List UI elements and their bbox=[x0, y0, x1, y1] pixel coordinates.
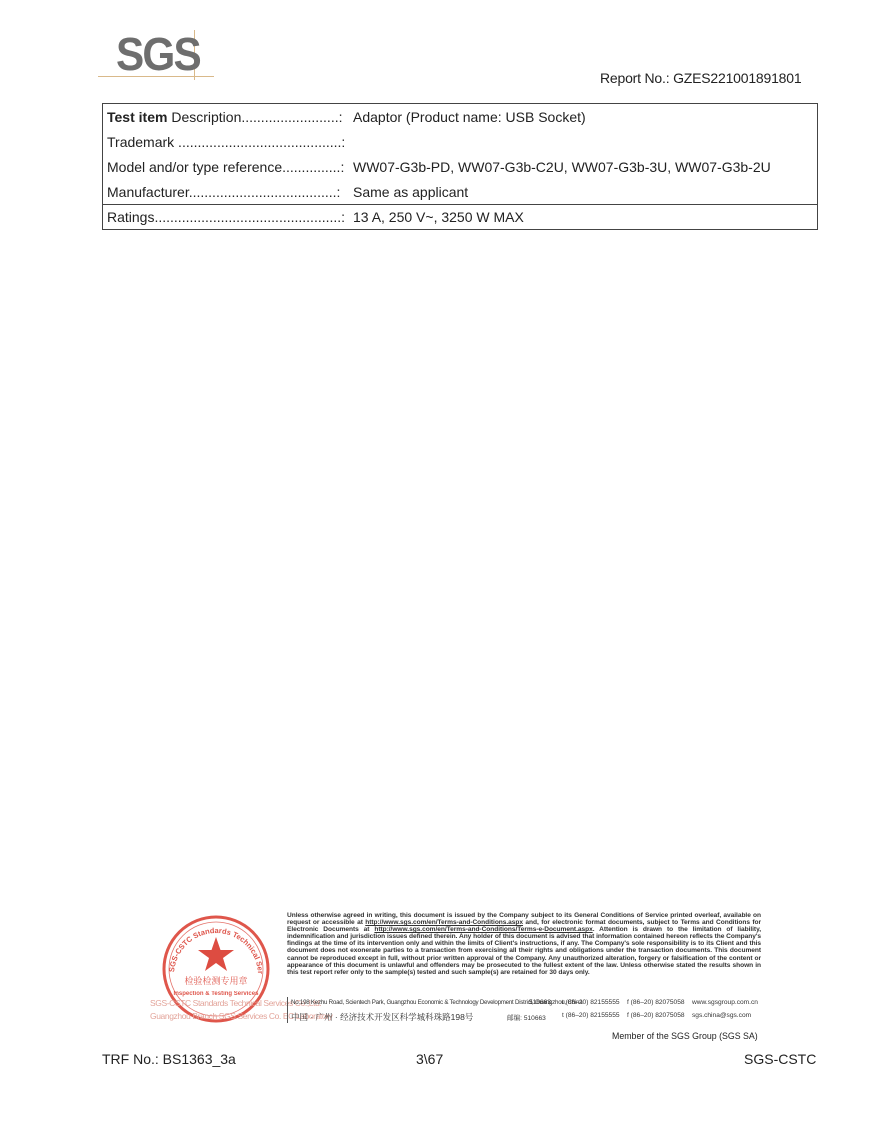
logo-text: SGS bbox=[116, 28, 200, 80]
organization-code: SGS-CSTC bbox=[744, 1051, 816, 1067]
row-label: Manufacturer............................… bbox=[103, 184, 353, 200]
test-item-info-table: Test item Description...................… bbox=[102, 103, 818, 230]
row-label: Test item Description...................… bbox=[103, 109, 353, 125]
table-row-ratings: Ratings.................................… bbox=[103, 204, 817, 229]
member-of-sgs-group: Member of the SGS Group (SGS SA) bbox=[612, 1031, 758, 1041]
address-divider bbox=[287, 997, 288, 1023]
row-label: Ratings.................................… bbox=[103, 209, 353, 225]
fax-2: f (86–20) 82075058 bbox=[627, 1012, 685, 1019]
terms-link[interactable]: http://www.sgs.com/en/Terms-and-Conditio… bbox=[365, 919, 523, 926]
address-chinese: 中国 · 广州 · 经济技术开发区科学城科珠路198号 bbox=[291, 1011, 473, 1023]
telephone: t (86–20) 82155555 bbox=[562, 999, 620, 1006]
table-row-model-reference: Model and/or type reference.............… bbox=[103, 154, 817, 179]
e-document-terms-link[interactable]: http://www.sgs.com/en/Terms-and-Conditio… bbox=[374, 926, 592, 933]
table-row-manufacturer: Manufacturer............................… bbox=[103, 179, 817, 204]
website-link[interactable]: www.sgsgroup.com.cn bbox=[692, 999, 758, 1006]
postcode-en: 510663 bbox=[529, 999, 551, 1006]
row-label: Model and/or type reference.............… bbox=[103, 159, 353, 175]
page-number: 3\67 bbox=[416, 1051, 443, 1067]
legal-disclaimer: Unless otherwise agreed in writing, this… bbox=[287, 912, 761, 976]
fax: f (86–20) 82075058 bbox=[627, 999, 685, 1006]
row-value: WW07-G3b-PD, WW07-G3b-C2U, WW07-G3b-3U, … bbox=[353, 159, 817, 175]
table-row-test-item-description: Test item Description...................… bbox=[103, 104, 817, 129]
row-value: Adaptor (Product name: USB Socket) bbox=[353, 109, 817, 125]
email-link[interactable]: sgs.china@sgs.com bbox=[692, 1012, 751, 1019]
sgs-logo: SGS bbox=[98, 28, 214, 84]
trf-number: TRF No.: BS1363_3a bbox=[102, 1051, 236, 1067]
row-value: Same as applicant bbox=[353, 184, 817, 200]
row-label: Trademark ..............................… bbox=[103, 134, 353, 150]
telephone-2: t (86–20) 82155555 bbox=[562, 1012, 620, 1019]
stamp-center-cn: 检验检测专用章 bbox=[184, 975, 247, 987]
row-value: 13 A, 250 V~, 3250 W MAX bbox=[353, 209, 817, 225]
table-row-trademark: Trademark ..............................… bbox=[103, 129, 817, 154]
postcode-cn: 邮编: 510663 bbox=[507, 1012, 546, 1022]
stamp-lab-text: SGS-CSTC Standards Technical Services Co… bbox=[150, 997, 287, 1023]
report-number: Report No.: GZES221001891801 bbox=[600, 70, 801, 86]
